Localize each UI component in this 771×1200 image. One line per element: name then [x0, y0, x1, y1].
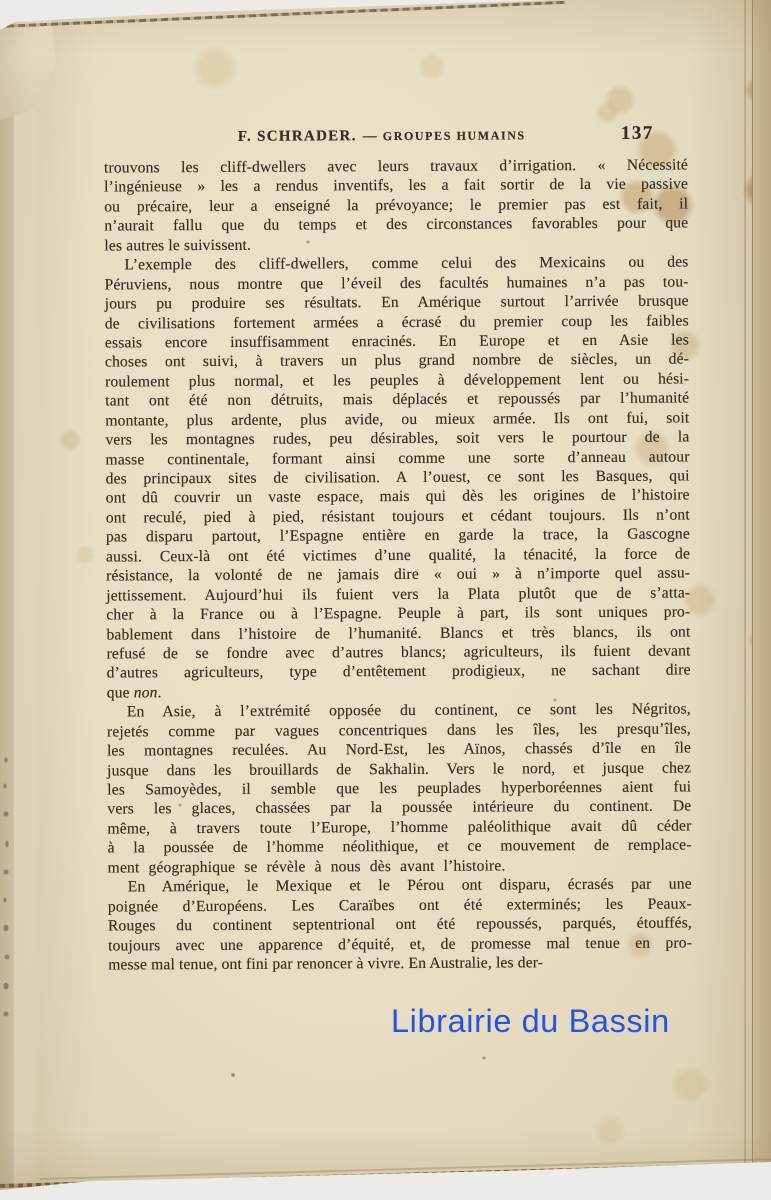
page-crease	[744, 0, 746, 1164]
text-line: En Amérique, le Mexique et le Pérou ont …	[108, 875, 692, 897]
text-line: pas disparu partout, l’Espagne entière e…	[106, 525, 690, 547]
text-line: L’exemple des cliff-dwellers, comme celu…	[104, 253, 688, 275]
page-bottom-edge-inner	[40, 1158, 771, 1180]
page-number: 137	[621, 123, 654, 145]
watermark: Librairie du Bassin	[391, 1003, 670, 1040]
showthrough-text-fragments	[1, 752, 11, 1022]
text-line: toujours avec une apparence d’équité, et…	[108, 933, 692, 955]
header-dash: —	[357, 129, 383, 144]
text-line: Rouges du continent septentrional ont ét…	[108, 914, 692, 936]
running-title: F. SCHRADER.—GROUPES HUMAINS	[90, 126, 674, 147]
text-line: messe mal tenue, ont fini par renoncer à…	[108, 952, 692, 974]
photo-background: F. SCHRADER.—GROUPES HUMAINS 137 trouvon…	[0, 0, 771, 1200]
text-line: à la poussée de l’homme néolithique, et …	[108, 836, 692, 858]
text-line: d’autres agriculteurs, type d’entêtement…	[107, 661, 691, 683]
text-line: jours pu produire ses résultats. En Amér…	[105, 292, 689, 314]
text-line: n’aurait fallu que du temps et des circo…	[104, 214, 688, 236]
text-line: tant ont été non détruits, mais déplacés…	[105, 389, 689, 411]
printed-content: F. SCHRADER.—GROUPES HUMAINS 137 trouvon…	[104, 125, 692, 974]
text-line: résistance, la volonté de ne jamais dire…	[106, 564, 690, 586]
text-line: les montagnes reculées. Au Nord-Est, les…	[107, 739, 691, 761]
running-header: F. SCHRADER.—GROUPES HUMAINS 137	[104, 125, 688, 152]
page-text: trouvons les cliff-dwellers avec leurs t…	[104, 155, 692, 974]
page-corner-damage	[0, 18, 58, 120]
author-name: F. SCHRADER.	[238, 128, 357, 145]
page-top-edge	[0, 1, 566, 28]
book-page: F. SCHRADER.—GROUPES HUMAINS 137 trouvon…	[0, 0, 771, 1200]
work-title: GROUPES HUMAINS	[383, 128, 526, 143]
text-line: En Asie, à l’extrémité opposée du contin…	[107, 700, 691, 722]
spine-highlight	[13, 20, 47, 1186]
page-right-edge	[752, 0, 771, 1164]
text-line: cher à la France ou à l’Espagne. Peuple …	[106, 603, 690, 625]
text-line: vers les montagnes rudes, peu désirables…	[105, 428, 689, 450]
